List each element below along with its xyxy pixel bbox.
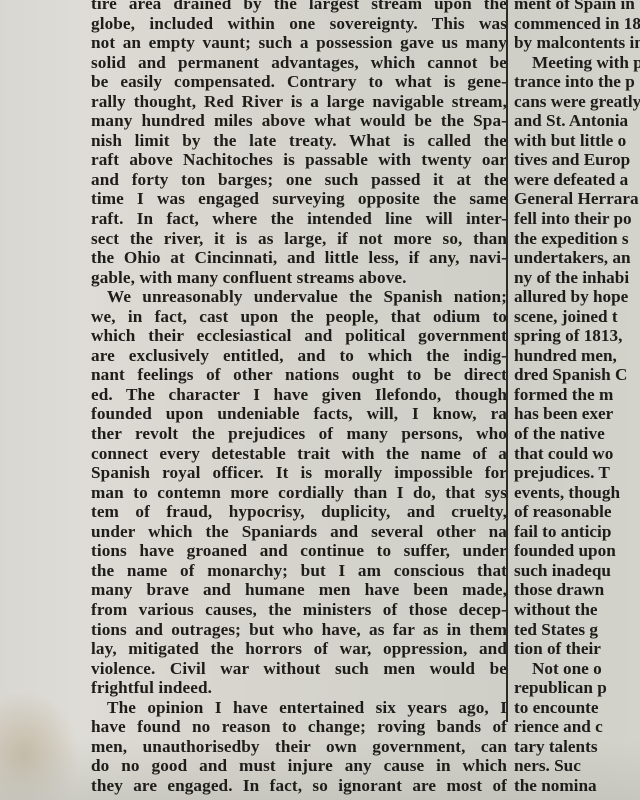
text-line: nant feelings of other nations ought to … [91,365,507,385]
text-line: solid and permanent advantages, which ca… [91,53,507,73]
text-line: those drawn [514,580,640,600]
text-line: formed the m [514,385,640,405]
text-line: ther revolt the prejudices of many perso… [91,424,507,444]
text-line: scene, joined t [514,307,640,327]
text-line: tions have groaned and continue to suffe… [91,541,507,561]
text-line: tives and Europ [514,150,640,170]
left-column-text: tire area drained by the largest stream … [91,0,507,795]
text-line: fail to anticip [514,522,640,542]
text-line: globe, included within one sovereignty. … [91,14,507,34]
text-line: the expedition s [514,229,640,249]
text-line: man to contemn more cordially than I do,… [91,483,507,503]
text-line: tem of fraud, hypocrisy, duplicity, and … [91,502,507,522]
text-line: have found no reason to change; roving b… [91,717,507,737]
text-line: rally thought, Red River is a large navi… [91,92,507,112]
text-line: undertakers, an [514,248,640,268]
text-line: we, in fact, cast upon the people, that … [91,307,507,327]
text-line: cans were greatly [514,92,640,112]
text-line: Meeting with p [514,53,640,73]
text-line: founded upon [514,541,640,561]
text-line: violence. Civil war without such men wou… [91,659,507,679]
text-line: raft. In fact, where the intended line w… [91,209,507,229]
text-line: trance into the p [514,72,640,92]
text-line: and St. Antonia [514,111,640,131]
text-line: Spanish royal officer. It is morally imp… [91,463,507,483]
text-line: fell into their po [514,209,640,229]
text-line: connect every detestable trait with the … [91,444,507,464]
text-line: the name of monarchy; but I am conscious… [91,561,507,581]
text-line: the nomina [514,776,640,796]
text-line: events, though [514,483,640,503]
text-line: Not one o [514,659,640,679]
text-line: which their ecclesiastical and political… [91,326,507,346]
text-line: hundred men, [514,346,640,366]
text-line: by malcontents in [514,33,640,53]
text-line: many brave and humane men have been made… [91,580,507,600]
text-line: The opinion I have entertained six years… [91,698,507,718]
text-line: tions and outrages; but who have, as far… [91,620,507,640]
text-line: We unreasonably undervalue the Spanish n… [91,287,507,307]
text-line: ment of Spain in [514,0,640,14]
text-line: without the [514,600,640,620]
text-line: lay, mitigated the horrors of war, oppre… [91,639,507,659]
text-line: ners. Suc [514,756,640,776]
text-line: to encounte [514,698,640,718]
text-line: of the native [514,424,640,444]
text-line: with but little o [514,131,640,151]
text-line: raft above Nachitoches is passable with … [91,150,507,170]
text-line: nish limit by the late treaty. What is c… [91,131,507,151]
text-line: prejudices. T [514,463,640,483]
text-line: frightful indeed. [91,678,507,698]
text-line: republican p [514,678,640,698]
text-line: men, unauthorisedby their own government… [91,737,507,757]
text-line: under which the Spaniards and several ot… [91,522,507,542]
newspaper-page: tire area drained by the largest stream … [0,0,640,800]
text-line: rience and c [514,717,640,737]
text-line: tion of their [514,639,640,659]
text-line: gable, with many confluent streams above… [91,268,507,288]
right-column-text: ment of Spain incommenced in 181by malco… [514,0,640,795]
text-line: and forty ton barges; one such passed it… [91,170,507,190]
text-line: do no good and must injure any cause in … [91,756,507,776]
text-line: many hundred miles above what would be t… [91,111,507,131]
column-rule [506,0,508,722]
text-line: were defeated a [514,170,640,190]
text-line: be easily compensated. Contrary to what … [91,72,507,92]
text-line: dred Spanish C [514,365,640,385]
text-line: tary talents [514,737,640,757]
text-line: ny of the inhabi [514,268,640,288]
text-line: founded upon undeniable facts, will, I k… [91,404,507,424]
text-line: such inadequ [514,561,640,581]
text-line: they are engaged. In fact, so ignorant a… [91,776,507,796]
text-line: sect the river, it is as large, if not m… [91,229,507,249]
text-line: the Ohio at Cincinnati, and little less,… [91,248,507,268]
text-line: not an empty vaunt; such a possession ga… [91,33,507,53]
text-line: ted States g [514,620,640,640]
text-line: from various causes, the ministers of th… [91,600,507,620]
text-line: time I was engaged surveying opposite th… [91,189,507,209]
text-line: ed. The character I have given Ilefondo,… [91,385,507,405]
text-line: has been exer [514,404,640,424]
text-line: that could wo [514,444,640,464]
text-line: commenced in 181 [514,14,640,34]
text-line: are exclusively entitled, and to which t… [91,346,507,366]
text-line: of reasonable [514,502,640,522]
text-line: General Herrara [514,189,640,209]
text-line: allured by hope [514,287,640,307]
text-line: spring of 1813, [514,326,640,346]
text-line: tire area drained by the largest stream … [91,0,507,14]
